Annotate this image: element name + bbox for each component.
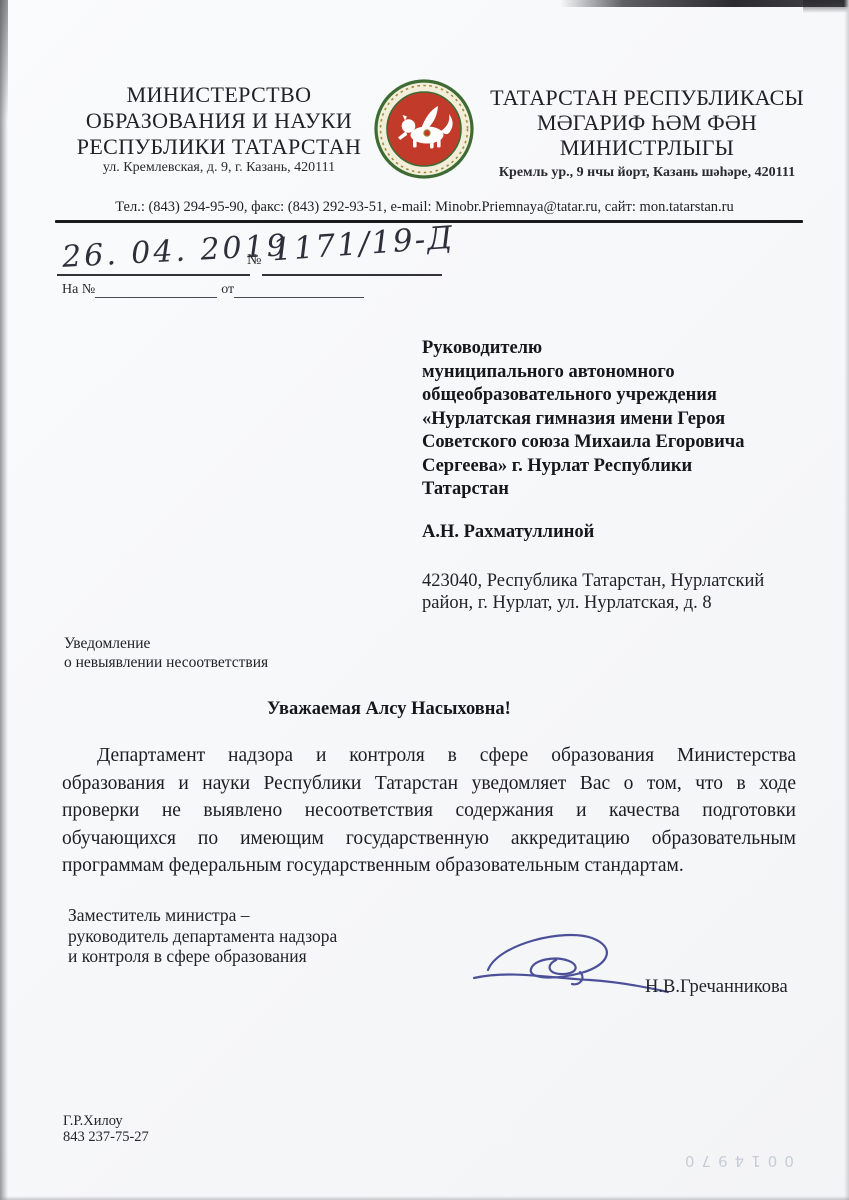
signer-title-line3: и контроля в сфере образования [68,946,337,967]
recipient-line: Татарстан [422,478,837,502]
letter-body: Департамент надзора и контроля в сфере о… [62,742,796,880]
reply-prefix-label: На № [62,282,95,297]
reply-reference-row: На №от [62,282,364,298]
executor-phone: 843 237-75-27 [63,1129,149,1145]
body-line: проверки не выявлено несоответствия соде… [62,797,796,825]
ministry-name-ru: МИНИСТЕРСТВО ОБРАЗОВАНИЯ И НАУКИ РЕСПУБЛ… [58,82,380,160]
ministry-name-tt: ТАТАРСТАН РЕСПУБЛИКАСЫ МӘГАРИФ ҺӘМ ФӘН М… [480,85,814,160]
scanned-letter-page: МИНИСТЕРСТВО ОБРАЗОВАНИЯ И НАУКИ РЕСПУБЛ… [0,0,849,1200]
recipient-line: Сергеева» г. Нурлат Республики [422,455,837,479]
recipient-line: «Нурлатская гимназия имени Героя [422,408,837,432]
contacts-line: Тел.: (843) 294-95-90, факс: (843) 292-9… [0,199,849,216]
recipient-line: общеобразовательного учреждения [422,384,837,408]
scan-edge-left [0,0,8,1200]
reply-from-label: от [221,282,234,297]
recipient-address-line2: район, г. Нурлат, ул. Нурлатская, д. 8 [422,592,842,614]
recipient-address-line1: 423040, Республика Татарстан, Нурлатский [422,570,842,592]
scan-edge-top-corner [803,0,849,13]
number-underline [262,274,442,276]
ministry-name-ru-line3: РЕСПУБЛИКИ ТАТАРСТАН [58,134,380,160]
reply-date-blank [234,284,364,298]
recipient-line: Советского союза Михаила Егоровича [422,431,837,455]
body-line: обучающихся по имеющим государственную а… [62,825,796,853]
ministry-name-tt-line2: МӘГАРИФ ҺӘМ ФӘН [480,110,814,135]
recipient-line: муниципального автономного [422,361,837,385]
subject-line1: Уведомление [64,635,268,654]
recipient-line: Руководителю [422,337,837,361]
reply-number-blank [95,284,217,298]
subject-block: Уведомление о невыявлении несоответствия [64,635,268,672]
faint-stamp-digits: 0014970 [678,1152,794,1170]
ministry-address-ru: ул. Кремлевская, д. 9, г. Казань, 420111 [58,160,380,176]
scan-edge-bottom [0,1196,849,1200]
signer-name: Н.В.Гречанникова [645,977,788,998]
ministry-name-tt-line3: МИНИСТРЛЫГЫ [480,135,814,160]
scan-edge-left-shadow [0,0,8,120]
signer-title-line2: руководитель департамента надзора [68,926,337,947]
body-line: программам федеральным государственным о… [62,852,796,880]
handwritten-signature-icon [468,926,673,1003]
signer-title-line1: Заместитель министра – [68,905,337,926]
number-sign: № [247,252,261,269]
handwritten-number: 1171/19-Д [271,220,456,269]
ministry-name-ru-line1: МИНИСТЕРСТВО [58,82,380,108]
date-underline [57,274,250,276]
body-line: Департамент надзора и контроля в сфере о… [62,742,796,770]
signer-title-block: Заместитель министра – руководитель депа… [68,905,337,967]
ministry-name-ru-line2: ОБРАЗОВАНИЯ И НАУКИ [58,108,380,134]
executor-block: Г.Р.Хилоу 843 237-75-27 [63,1113,149,1145]
recipient-address: 423040, Республика Татарстан, Нурлатский… [422,570,842,614]
salutation: Уважаемая Алсу Насыховна! [267,699,511,720]
ministry-address-tt: Кремль ур., 9 нчы йорт, Казань шәһәре, 4… [480,165,814,181]
scan-edge-right [844,0,849,1200]
tatarstan-emblem-icon [374,78,474,182]
executor-name: Г.Р.Хилоу [63,1113,149,1129]
recipient-block: Руководителю муниципального автономного … [422,337,837,502]
body-line: образования и науки Республики Татарстан… [62,770,796,798]
subject-line2: о невыявлении несоответствия [64,654,268,673]
recipient-name: А.Н. Рахматуллиной [422,522,594,543]
ministry-name-tt-line1: ТАТАРСТАН РЕСПУБЛИКАСЫ [480,85,814,110]
